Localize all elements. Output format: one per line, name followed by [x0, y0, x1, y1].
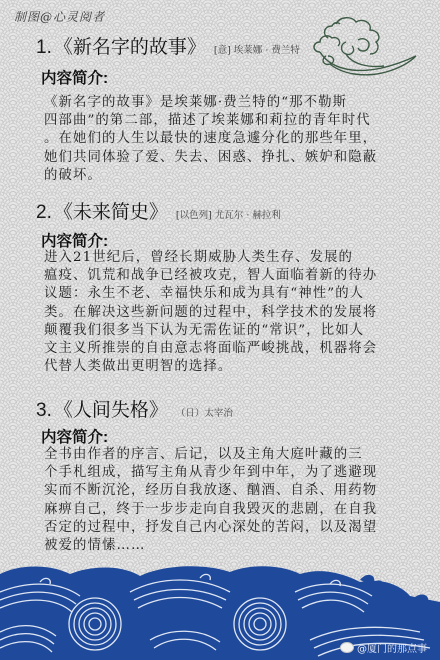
summary-line: 代替人类做出更明智的选择。 — [44, 358, 396, 376]
summary-line: 文主义所推崇的自由意志将面临严峻挑战，机器将会 — [44, 340, 396, 358]
intro-label: 内容简介: — [41, 229, 108, 251]
book-title: 《未来简史》 — [54, 197, 168, 224]
auspicious-cloud-icon — [306, 12, 418, 78]
book-summary-3: 全书由作者的序言、后记，以及主角大庭叶藏的三 个手札组成，描写主角从青少年到中年… — [44, 446, 396, 555]
book-number: 2. — [36, 202, 52, 224]
summary-line: 个手札组成，描写主角从青少年到中年，为了逃避现 — [44, 464, 396, 482]
summary-line: 议题：永生不老、幸福快乐和成为具有“神性”的人 — [44, 285, 396, 303]
summary-line: 的破坏。 — [44, 167, 396, 185]
weibo-logo-icon — [340, 642, 354, 653]
book-title-row-3: 3. 《人间失格》 （日）太宰治 — [36, 395, 233, 422]
book-number: 3. — [36, 400, 52, 422]
book-number: 1. — [36, 37, 52, 59]
summary-line: 被爱的情愫…… — [44, 537, 396, 555]
summary-line: 颠覆我们很多当下认为无需佐证的“常识”，比如人 — [44, 322, 396, 340]
summary-line: 进入21世纪后，曾经长期威胁人类生存、发展的 — [44, 249, 396, 267]
summary-line: 否定的过程中，抒发自己内心深处的苦闷，以及渴望 — [44, 519, 396, 537]
book-author: [以色列] 尤瓦尔 · 赫拉利 — [176, 207, 281, 221]
book-summary-2: 进入21世纪后，曾经长期威胁人类生存、发展的 瘟疫、饥荒和战争已经被攻克，智人面… — [44, 249, 396, 376]
book-summary-1: 《新名字的故事》是埃莱娜·费兰特的“那不勒斯 四部曲”的第二部，描述了埃莱娜和莉… — [44, 94, 396, 185]
summary-line: 麻痹自己，终于一步步走向自我毁灭的悲剧，在自我 — [44, 501, 396, 519]
watermark-top: 制图@心灵阅者 — [14, 8, 105, 25]
watermark-bottom-text: @厦门的那点事 — [357, 640, 427, 655]
summary-line: 实而不断沉沦，经历自我放逐、酗酒、自杀、用药物 — [44, 482, 396, 500]
summary-line: 类。在解决这些新问题的过程中，科学技术的发展将 — [44, 304, 396, 322]
summary-line: 瘟疫、饥荒和战争已经被攻克，智人面临着新的待办 — [44, 267, 396, 285]
book-author: （日）太宰治 — [176, 405, 233, 419]
book-title-row-1: 1. 《新名字的故事》 [意] 埃莱娜 · 费兰特 — [36, 32, 300, 59]
summary-line: 全书由作者的序言、后记，以及主角大庭叶藏的三 — [44, 446, 396, 464]
summary-line: 《新名字的故事》是埃莱娜·费兰特的“那不勒斯 — [44, 94, 396, 112]
book-title: 《人间失格》 — [54, 395, 168, 422]
intro-label: 内容简介: — [41, 66, 108, 88]
intro-label: 内容简介: — [41, 425, 108, 447]
book-title-row-2: 2. 《未来简史》 [以色列] 尤瓦尔 · 赫拉利 — [36, 197, 281, 224]
book-author: [意] 埃莱娜 · 费兰特 — [214, 42, 300, 56]
watermark-bottom: @厦门的那点事 — [340, 640, 427, 655]
book-title: 《新名字的故事》 — [54, 32, 206, 59]
summary-line: 四部曲”的第二部，描述了埃莱娜和莉拉的青年时代 — [44, 112, 396, 130]
summary-line: 。在她们的人生以最快的速度急遽分化的那些年里， — [44, 130, 396, 148]
summary-line: 她们共同体验了爱、失去、困惑、挣扎、嫉妒和隐蔽 — [44, 149, 396, 167]
